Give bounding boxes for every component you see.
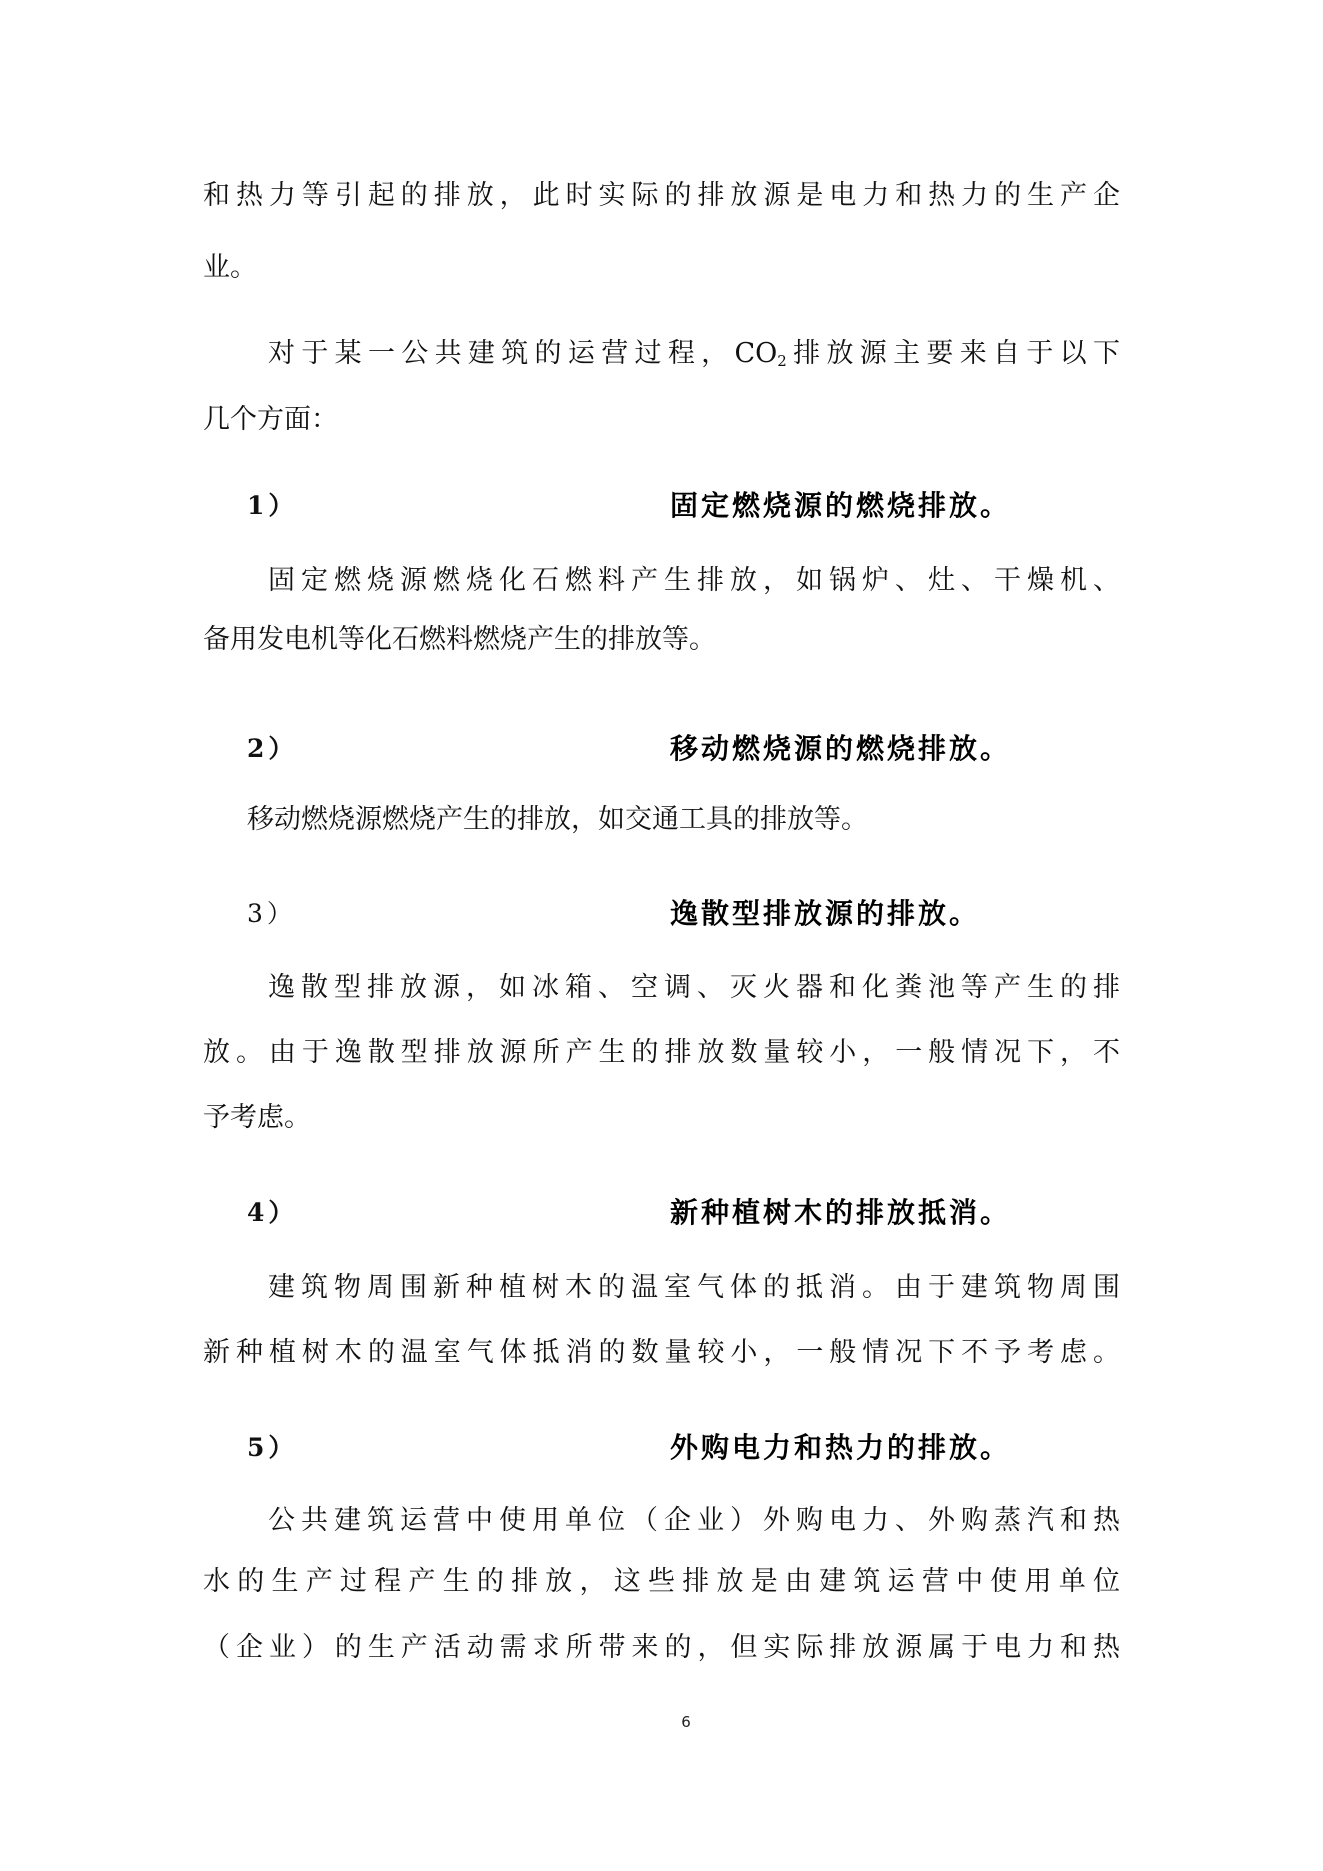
section-title: 固定燃烧源的燃烧排放。 [670, 486, 1011, 526]
text-run: 对于某一公共建筑的运营过程，CO [268, 338, 777, 369]
text-run: 排放源主要来自于以下 [787, 338, 1120, 369]
section-number: 1） [247, 486, 297, 526]
paragraph-line: 和热力等引起的排放，此时实际的排放源是电力和热力的生产企 [203, 176, 1120, 216]
paragraph-line: 业。 [203, 248, 1120, 288]
paragraph-line: 固定燃烧源燃烧化石燃料产生排放，如锅炉、灶、干燥机、 [268, 561, 1120, 601]
paragraph-line: 对于某一公共建筑的运营过程，CO2排放源主要来自于以下 [268, 334, 1120, 374]
document-page: 和热力等引起的排放，此时实际的排放源是电力和热力的生产企 业。 对于某一公共建筑… [0, 0, 1323, 1871]
subscript: 2 [777, 352, 787, 370]
paragraph-line: 新种植树木的温室气体抵消的数量较小，一般情况下不予考虑。 [203, 1333, 1120, 1373]
paragraph-line: 移动燃烧源燃烧产生的排放，如交通工具的排放等。 [247, 800, 1120, 840]
paragraph-line: 放。由于逸散型排放源所产生的排放数量较小，一般情况下，不 [203, 1033, 1120, 1073]
paragraph-line: 建筑物周围新种植树木的温室气体的抵消。由于建筑物周围 [268, 1268, 1120, 1308]
section-number: 2） [247, 729, 297, 769]
section-title: 外购电力和热力的排放。 [670, 1428, 1011, 1468]
section-title: 移动燃烧源的燃烧排放。 [670, 729, 1011, 769]
page-number: 6 [676, 1713, 696, 1731]
section-title: 新种植树木的排放抵消。 [670, 1193, 1011, 1233]
section-number: 4） [247, 1193, 297, 1233]
section-number: 5） [247, 1428, 297, 1468]
paragraph-line: 公共建筑运营中使用单位（企业）外购电力、外购蒸汽和热 [268, 1501, 1120, 1541]
paragraph-line: 水的生产过程产生的排放，这些排放是由建筑运营中使用单位 [203, 1562, 1120, 1602]
paragraph-line: 逸散型排放源，如冰箱、空调、灭火器和化粪池等产生的排 [268, 968, 1120, 1008]
paragraph-line: 备用发电机等化石燃料燃烧产生的排放等。 [203, 620, 1120, 660]
section-title: 逸散型排放源的排放。 [670, 894, 980, 934]
section-number: 3） [247, 894, 296, 934]
paragraph-line: 几个方面： [203, 400, 1120, 440]
paragraph-line: 予考虑。 [203, 1098, 1120, 1138]
paragraph-line: （企业）的生产活动需求所带来的，但实际排放源属于电力和热 [203, 1628, 1120, 1668]
